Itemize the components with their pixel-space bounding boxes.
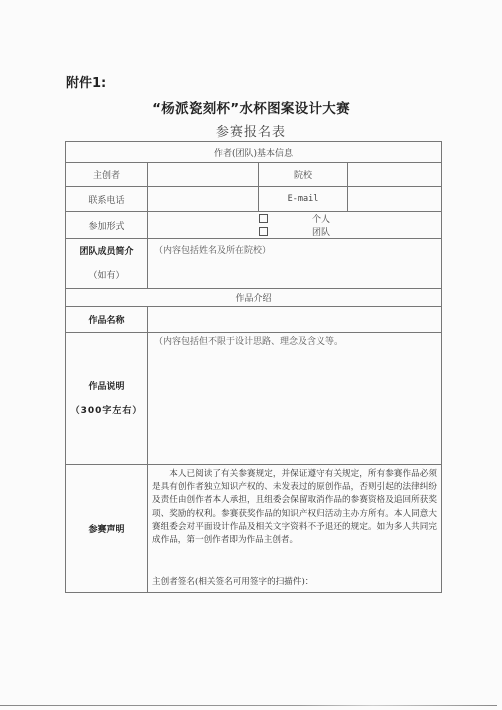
document-title: “杨派瓷刻杯”水杯图案设计大赛 [0, 97, 502, 117]
document-subtitle: 参赛报名表 [0, 121, 502, 140]
checkbox-icon[interactable] [259, 227, 268, 236]
work-desc-field[interactable]: （内容包括但不限于设计思路、理念及含义等。 [148, 333, 442, 465]
section-work-title: 作品介绍 [66, 289, 442, 307]
work-name-field[interactable] [148, 307, 442, 333]
participation-label: 参加形式 [66, 212, 148, 239]
declaration-text: 本人已阅读了有关参赛规定，并保证遵守有关规定，所有参赛作品必须是具有创作者独立知… [152, 468, 437, 547]
section-header-work: 作品介绍 [66, 289, 442, 307]
signature-field[interactable]: 主创者签名(相关签名可用签字的扫描件)： [152, 576, 313, 589]
work-desc-label: 作品说明 [66, 375, 147, 399]
registration-form-table: 作者(团队)基本信息 主创者 院校 联系电话 E-mail 参加形式 个人 团队… [65, 141, 442, 593]
phone-field[interactable] [148, 187, 259, 212]
checkbox-icon[interactable] [259, 214, 268, 223]
scan-edge-divider [0, 705, 497, 706]
team-intro-sublabel: （如有） [66, 264, 147, 288]
team-intro-label-cell: 团队成员简介 （如有） [66, 239, 148, 289]
row-declaration: 参赛声明 本人已阅读了有关参赛规定，并保证遵守有关规定，所有参赛作品必须是具有创… [66, 465, 442, 593]
document-page: 附件1: “杨派瓷刻杯”水杯图案设计大赛 参赛报名表 作者(团队)基本信息 主创… [0, 0, 502, 710]
phone-label: 联系电话 [66, 187, 148, 212]
email-field[interactable] [348, 187, 442, 212]
main-creator-label: 主创者 [66, 163, 148, 187]
work-desc-label-cell: 作品说明 （300字左右） [66, 333, 148, 465]
row-team-intro: 团队成员简介 （如有） （内容包括姓名及所在院校） [66, 239, 442, 289]
declaration-cell: 本人已阅读了有关参赛规定，并保证遵守有关规定，所有参赛作品必须是具有创作者独立知… [148, 465, 442, 593]
row-participation: 参加形式 个人 团队 [66, 212, 442, 239]
participation-options: 个人 团队 [148, 212, 442, 239]
option-individual[interactable]: 个人 [237, 212, 352, 225]
work-desc-sublabel: （300字左右） [66, 399, 147, 423]
row-work-description: 作品说明 （300字左右） （内容包括但不限于设计思路、理念及含义等。 [66, 333, 442, 465]
section-author-title: 作者(团队)基本信息 [66, 142, 442, 163]
team-intro-field[interactable]: （内容包括姓名及所在院校） [148, 239, 442, 289]
declaration-label: 参赛声明 [66, 465, 148, 593]
work-name-label: 作品名称 [66, 307, 148, 333]
row-main-creator: 主创者 院校 [66, 163, 442, 187]
main-creator-field[interactable] [148, 163, 259, 187]
section-header-author: 作者(团队)基本信息 [66, 142, 442, 163]
team-intro-label: 团队成员简介 [66, 240, 147, 264]
row-contact: 联系电话 E-mail [66, 187, 442, 212]
school-field[interactable] [348, 163, 442, 187]
school-label: 院校 [259, 163, 348, 187]
row-work-name: 作品名称 [66, 307, 442, 333]
attachment-label: 附件1: [66, 72, 106, 91]
email-label: E-mail [259, 187, 348, 212]
option-team[interactable]: 团队 [237, 225, 352, 238]
